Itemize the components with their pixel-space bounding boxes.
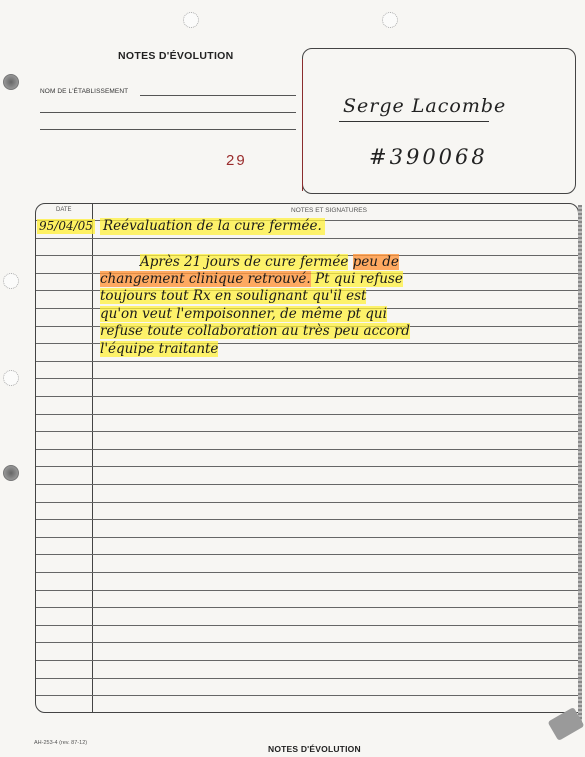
ruled-line	[36, 660, 578, 661]
date-column-divider	[92, 204, 93, 712]
page-number: 29	[226, 152, 247, 169]
ruled-line	[36, 431, 578, 432]
ruled-line	[36, 449, 578, 450]
ruled-line	[36, 519, 578, 520]
establishment-label: NOM DE L'ÉTABLISSEMENT	[40, 88, 128, 95]
entry-date: 95/04/05	[37, 219, 95, 234]
ruled-line	[36, 554, 578, 555]
patient-name-underline	[339, 121, 489, 122]
ruled-line	[36, 396, 578, 397]
entry-line: qu'on veut l'empoisonner, de même pt qui	[100, 306, 387, 323]
entry-line: toujours tout Rx en soulignant qu'il est	[100, 288, 366, 305]
ruled-line	[36, 572, 578, 573]
entry-segment: Après 21 jours de cure fermée	[140, 254, 348, 270]
entry-segment: changement clinique retrouvé.	[100, 271, 311, 287]
binder-hole	[3, 370, 19, 386]
ruled-line	[36, 695, 578, 696]
patient-id: #390068	[369, 145, 488, 169]
binder-hole	[183, 12, 199, 28]
entry-line: changement clinique retrouvé. Pt qui ref…	[100, 271, 403, 288]
ruled-line	[36, 361, 578, 362]
ruled-line	[36, 378, 578, 379]
binder-hole	[3, 74, 19, 90]
entry-line: Après 21 jours de cure fermée peu de	[140, 254, 399, 271]
entry-line: l'équipe traitante	[100, 341, 218, 358]
entry-line: refuse toute collaboration au très peu a…	[100, 323, 410, 340]
entry-segment: l'équipe traitante	[100, 341, 218, 357]
column-header-date: DATE	[56, 207, 72, 213]
page-edge-shadow	[578, 205, 582, 725]
establishment-line	[40, 112, 296, 113]
patient-label-box: Serge Lacombe #390068	[302, 48, 576, 194]
establishment-line	[140, 95, 296, 96]
entry-segment: refuse toute collaboration au très peu a…	[100, 323, 410, 339]
ruled-line	[36, 590, 578, 591]
entry-segment	[348, 254, 352, 270]
form-code: AH-253-4 (rev. 87-12)	[34, 740, 87, 746]
ruled-line	[36, 414, 578, 415]
ruled-line	[36, 607, 578, 608]
form-title-bottom: NOTES D'ÉVOLUTION	[268, 744, 361, 754]
binder-hole	[382, 12, 398, 28]
ruled-line	[36, 502, 578, 503]
ruled-line	[36, 642, 578, 643]
binder-hole	[3, 465, 19, 481]
patient-name: Serge Lacombe	[343, 95, 506, 117]
binder-hole	[3, 273, 19, 289]
column-header-notes: NOTES ET SIGNATURES	[291, 207, 367, 214]
ruled-line	[36, 537, 578, 538]
establishment-line	[40, 129, 296, 130]
entry-segment: toujours tout Rx en soulignant qu'il est	[100, 288, 366, 304]
entry-segment: Pt qui refuse	[311, 271, 403, 287]
entry-segment: peu de	[353, 254, 399, 270]
ruled-line	[36, 238, 578, 239]
entry-segment: qu'on veut l'empoisonner, de même pt qui	[100, 306, 387, 322]
ruled-line	[36, 625, 578, 626]
form-title: NOTES D'ÉVOLUTION	[118, 50, 234, 62]
entry-heading: Reévaluation de la cure fermée.	[100, 218, 325, 235]
ruled-line	[36, 484, 578, 485]
ruled-line	[36, 678, 578, 679]
patient-box-mark	[302, 59, 303, 191]
ruled-line	[36, 466, 578, 467]
